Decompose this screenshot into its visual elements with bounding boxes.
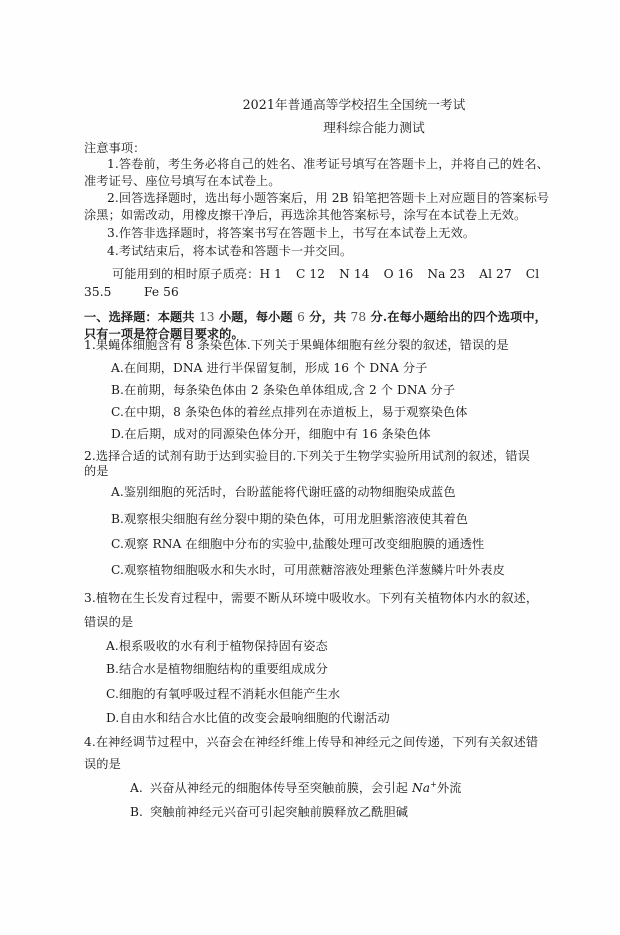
option-b: B.在前期，每条染色体由 2 条染色单体组成,含 2 个 DNA 分子 — [111, 382, 455, 398]
question-stem: 1.果蝇体细胞含有 8 条染色体.下列关于果蝇体细胞有丝分裂的叙述，错误的是 — [84, 337, 509, 353]
atomic-masses-wrap: 35.5Fe 56 — [84, 284, 179, 300]
mass-h: H 1 — [259, 266, 282, 282]
section-text: 一、选择题：本题共 — [84, 310, 199, 324]
notice-item-2-line2: 涂黑；如需改动，用橡皮擦干净后，再选涂其他答案标号，涂写在本试卷上无效。 — [84, 207, 526, 223]
question-stem: 4.在神经调节过程中，兴奋会在神经纤维上传导和神经元之间传递，下列有关叙述错 — [84, 734, 538, 750]
question-stem: 3.植物在生长发育过程中，需要不断从环境中吸收水。下列有关植物体内水的叙述， — [84, 590, 538, 606]
option-b: B.观察根尖细胞有丝分裂中期的染色体，可用龙胆紫溶液使其着色 — [111, 511, 468, 527]
atomic-masses-line: 可能用到的相时原子质亮：H 1C 12N 14O 16Na 23Al 27Cl — [112, 266, 539, 282]
option-a: A.兴奋从神经元的细胞体传导至突触前膜，会引起 Na+外流 — [130, 780, 462, 796]
question-count: 13 — [199, 310, 215, 324]
section-text: 分.在每小题给出的四个选项中， — [366, 310, 547, 324]
exam-subtitle: 理科综合能力测试 — [0, 120, 620, 136]
notice-item-3: 3.作答非选择题时，将答案书写在答题卡上，书写在本试卷上无效。 — [107, 225, 475, 241]
notice-item-4: 4.考试结束后，将本试卷和答题卡一并交回。 — [107, 243, 352, 259]
mass-na: Na 23 — [427, 266, 465, 282]
notice-heading: 注意事项： — [84, 140, 145, 156]
mass-cl-value: 35.5 — [84, 284, 144, 300]
question-stem-wrap: 的是 — [84, 463, 109, 479]
mass-c: C 12 — [296, 266, 325, 282]
option-d: D.自由水和结合水比值的改变会最响细胞的代谢活动 — [106, 710, 390, 726]
option-c: C.细胞的有氧呼吸过程不消耗水但能产生水 — [106, 686, 340, 702]
points-total: 78 — [351, 310, 367, 324]
section-text: 小题，每小题 — [215, 310, 297, 324]
question-stem-wrap: 误的是 — [84, 756, 121, 772]
notice-item-2-line1: 2.回答选择题时，选出每小题答案后，用 2B 铅笔把答题卡上对应题目的答案标号 — [107, 190, 549, 206]
option-d: C.观察植物细胞吸水和失水时，可用蔗糖溶液处理紫色洋葱鳞片叶外表皮 — [111, 562, 505, 578]
ion-charge: + — [430, 780, 437, 789]
option-c: C.在中期，8 条染色体的着丝点排列在赤道板上，易于观察染色体 — [111, 404, 468, 420]
mass-o: O 16 — [384, 266, 414, 282]
sodium-symbol: Na — [412, 781, 430, 795]
points-each: 6 — [297, 310, 305, 324]
option-label: B. — [130, 804, 150, 820]
section-text: 分，共 — [305, 310, 351, 324]
atomic-masses-label: 可能用到的相时原子质亮： — [112, 267, 259, 281]
section-header-line1: 一、选择题：本题共 13 小题，每小题 6 分，共 78 分.在每小题给出的四个… — [84, 309, 547, 325]
notice-item-1-line2: 准考证号、座位号填写在本试卷上。 — [84, 173, 281, 189]
mass-fe: Fe 56 — [144, 285, 179, 299]
option-text: 兴奋从神经元的细胞体传导至突触前膜，会引起 — [150, 781, 412, 795]
option-text-tail: 外流 — [437, 781, 462, 795]
mass-al: Al 27 — [479, 266, 512, 282]
option-a: A.鉴别细胞的死活时，台盼蓝能将代谢旺盛的动物细胞染成蓝色 — [111, 484, 456, 500]
notice-item-1-line1: 1.答卷前，考生务必将自己的姓名、准考证号填写在答题卡上，并将自己的姓名、 — [107, 156, 549, 172]
option-b: B.结合水是植物细胞结构的重要组成成分 — [106, 661, 328, 677]
exam-page: 2021年普通高等学校招生全国统一考试 理科综合能力测试 注意事项： 1.答卷前… — [0, 0, 620, 935]
option-label: A. — [130, 780, 150, 796]
option-c: C.观察 RNA 在细胞中分布的实验中,盐酸处理可改变细胞膜的通透性 — [111, 536, 484, 552]
option-a: A.根系吸收的水有利于植物保持固有姿态 — [106, 638, 328, 654]
question-stem: 2.选择合适的试剂有助于达到实验目的.下列关于生物学实验所用试剂的叙述，错误 — [84, 448, 530, 464]
option-d: D.在后期，成对的同源染色体分开，细胞中有 16 条染色体 — [111, 426, 431, 442]
exam-title: 2021年普通高等学校招生全国统一考试 — [0, 97, 620, 113]
option-b: B.突触前神经元兴奋可引起突触前膜释放乙酰胆碱 — [130, 804, 408, 820]
mass-n: N 14 — [339, 266, 369, 282]
mass-cl: Cl — [526, 266, 539, 282]
question-stem-wrap: 错误的是 — [84, 614, 133, 630]
option-text: 突触前神经元兴奋可引起突触前膜释放乙酰胆碱 — [150, 805, 408, 819]
option-a: A.在间期，DNA 进行半保留复制，形成 16 个 DNA 分子 — [111, 360, 427, 376]
